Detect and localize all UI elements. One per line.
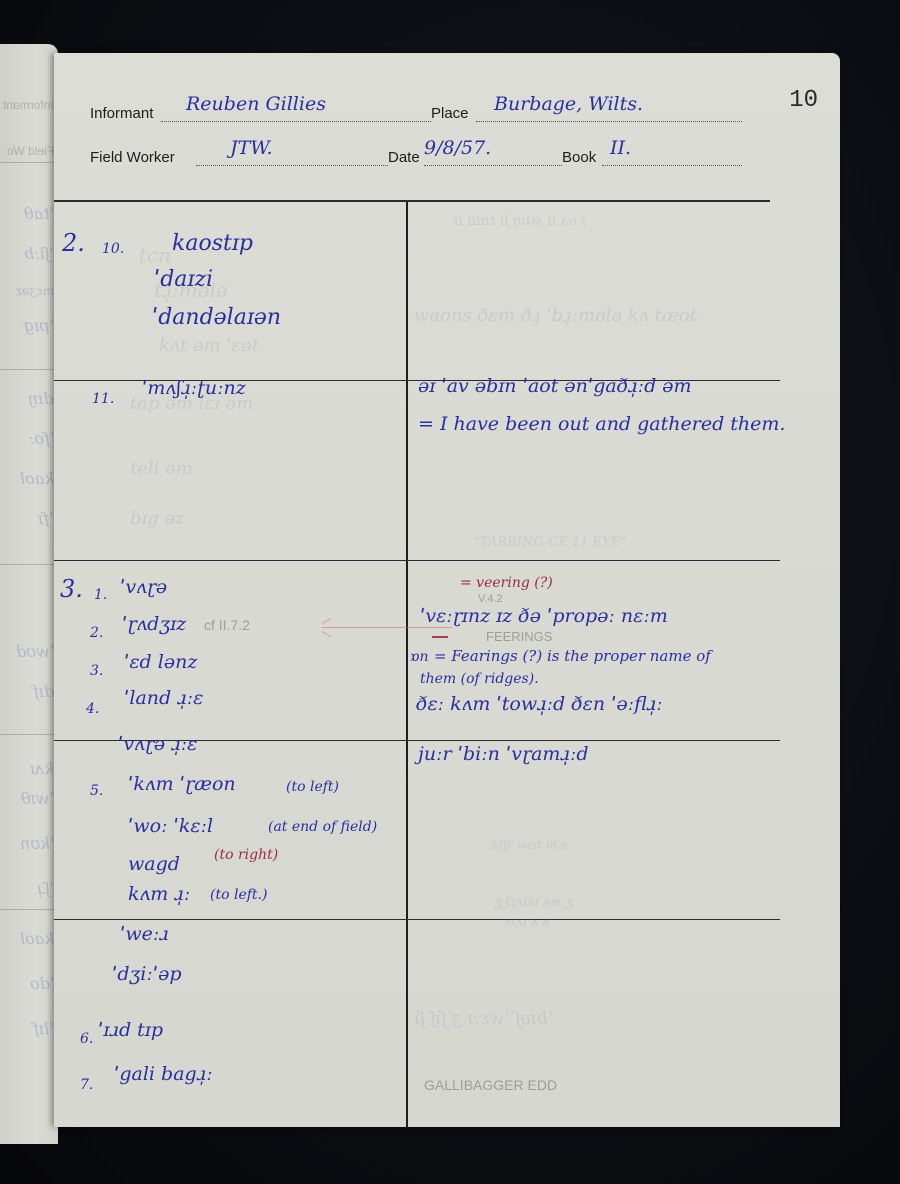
prev-page-ghost-text: ˈtaθ — [24, 204, 54, 223]
book-value: II. — [610, 137, 631, 159]
gloss-note: (at end of field) — [268, 819, 377, 835]
book-label: Book — [562, 149, 596, 166]
phonetic-prefix: ɒn — [410, 649, 428, 665]
phonetic-entry: ˈdʒiːˈəp — [112, 963, 182, 985]
phonetic-entry: ˈvʌɽə ɹ̩ːɛ — [118, 733, 197, 755]
phonetic-sentence: ˈvɛːɽɪnz ɪz ðə ˈpropəː nɛːm — [420, 605, 668, 627]
prev-page-informant-label: Informant — [3, 98, 54, 112]
field-worker-label: Field Worker — [90, 149, 175, 166]
prev-page-ghost-text: ˈʃɹ̩ — [37, 879, 54, 898]
informant-value: Reuben Gillies — [186, 93, 326, 115]
phonetic-entry: ˈɪɹd tɪp — [98, 1019, 163, 1041]
item-number: 10. — [102, 241, 124, 257]
phonetic-entry: ˈweːɹ — [120, 923, 169, 945]
phonetic-entry: ˈdaɪzi — [154, 267, 213, 292]
book-dotline — [602, 165, 742, 166]
phonetic-entry: ˈvʌɽə — [120, 576, 167, 598]
section-number: 3. — [60, 575, 83, 603]
phonetic-sentence: əɪ ˈav əbɪn ˈaot ənˈgaðɹ̩ːd əm — [418, 375, 692, 397]
prev-page-ghost-text: kaol — [20, 469, 54, 488]
prev-page-ghost-text: ˈdo — [30, 974, 54, 993]
red-annotation: = veering (?) — [460, 575, 553, 591]
prev-page-rule — [0, 909, 58, 910]
item-number: 11. — [92, 391, 114, 407]
phonetic-entry: ˈɛd lənz — [124, 651, 197, 673]
field-worker-dotline — [196, 165, 388, 166]
table-top-rule — [54, 200, 770, 202]
item-number: 7. — [80, 1077, 93, 1093]
phonetic-entry: kʌm ɹ̩ː — [128, 883, 190, 905]
date-dotline — [424, 165, 562, 166]
phonetic-entry: kaostɪp — [172, 231, 253, 256]
pencil-note: cf II.7.2 — [204, 617, 250, 633]
red-underline — [432, 636, 448, 638]
row-rule — [54, 560, 780, 561]
place-value: Burbage, Wilts. — [494, 93, 643, 115]
phonetic-entry: ˈɽʌdʒɪz — [122, 613, 186, 635]
prev-page-ghost-text: dɪf — [33, 682, 54, 701]
item-number: 4. — [86, 701, 99, 717]
prev-page-rule — [0, 369, 58, 370]
red-gloss-note: (to right) — [214, 847, 278, 863]
prev-page-rule — [0, 162, 58, 163]
page-number: 10 — [789, 87, 818, 114]
pencil-note: GALLIBAGGER EDD — [424, 1077, 557, 1093]
item-number: 3. — [90, 663, 103, 679]
phonetic-entry: ˈdandəlaɪən — [152, 305, 281, 330]
prev-page-ghost-text: ˈwʊd — [16, 642, 54, 661]
prev-page-ghost-text: kʌɪ — [30, 759, 54, 778]
gloss-sentence: = Fearings (?) is the proper name of — [434, 647, 711, 665]
prev-page-ghost-text: ˈlɪf — [33, 1019, 54, 1038]
item-number: 6. — [80, 1031, 93, 1047]
prev-page-rule — [0, 734, 58, 735]
prev-page-ghost-text: dɪŋ — [28, 389, 54, 408]
prev-page-ghost-text: ˈʃiːb — [24, 244, 54, 263]
place-dotline — [476, 121, 742, 122]
item-number: 5. — [90, 783, 103, 799]
bleed-through-text: ɪ ʋʌ ɪɪ ʍɒŋ ʃɪ tɪɪɪɪɪ ɪɪ — [454, 213, 586, 229]
prev-page-fieldworker-label: Field Wo — [7, 144, 54, 158]
gloss-note: (to left) — [286, 779, 339, 795]
bleed-through-text: ˈbɪəʃ ˈwɛːɪ ʒ ʃɪʃ ʃɪ — [414, 1008, 553, 1029]
informant-dotline — [161, 121, 431, 122]
bleed-through-text: waons ðɛm ðɹ̩ ˈbɹ̩ːmələ kʌ tæot — [414, 305, 697, 326]
item-number: 1. — [94, 587, 107, 603]
section-number: 2. — [62, 229, 85, 257]
phonetic-entry: ˈkʌm ˈɽæon — [128, 773, 236, 795]
prev-page-rule — [0, 564, 58, 565]
bleed-through-text: bɪg əz — [130, 508, 185, 529]
informant-label: Informant — [90, 105, 153, 122]
previous-page-edge: Informant Field Wo ˈtaθ ˈʃiːb mɛʒəz ˈpɪɡ… — [0, 44, 58, 1144]
prev-page-ghost-text: mɛʒəz — [16, 284, 54, 298]
prev-page-ghost-text: ˈfo: — [29, 429, 54, 448]
gloss-sentence: = I have been out and gathered them. — [418, 413, 785, 435]
pencil-note: FEERINGS — [486, 629, 552, 644]
prev-page-ghost-text: ˈfɪ — [38, 509, 54, 528]
gloss-note: (to left.) — [210, 887, 267, 903]
prev-page-ghost-text: ˈwɪθ — [21, 789, 54, 808]
phonetic-entry: ˈgali bagɹ̩ː — [114, 1063, 213, 1085]
date-label: Date — [388, 149, 420, 166]
bleed-through-text: teli əm — [130, 458, 193, 479]
bleed-through-text: "TARRING-CE 11 EYE" — [474, 535, 626, 550]
bleed-through-text: tcn — [139, 243, 171, 267]
phonetic-sentence: juːr ˈbiːn ˈvɽamɹ̩ːd — [418, 743, 589, 765]
date-value: 9/8/57. — [424, 137, 491, 159]
column-divider — [406, 202, 408, 1127]
field-worker-value: JTW. — [230, 137, 273, 159]
notebook-page: 10 Informant Reuben Gillies Place Burbag… — [54, 53, 840, 1127]
phonetic-sentence: ðɛː kʌm ˈtowɹ̩ːd ðɛn ˈəːflɹ̩ː — [416, 693, 663, 715]
phonetic-entry: wagd — [128, 853, 180, 875]
phonetic-entry: ˈland ɹ̩ːɛ — [124, 687, 203, 709]
bleed-through-text: ʒ ʃɹ̩ʌɪʌɪ ʌʍ ʒ — [494, 895, 573, 910]
row-rule — [54, 919, 780, 920]
prev-page-ghost-text: ˈpɪɡ — [24, 316, 54, 335]
bleed-through-text: kʌt əm ˈɛət — [159, 335, 259, 356]
item-number: 2. — [90, 625, 103, 641]
bleed-through-text: ʍʌɪ ʌ ʌ — [504, 915, 550, 930]
phonetic-entry: ˈwoː ˈkɛːl — [128, 815, 213, 837]
prev-page-ghost-text: kaol — [20, 929, 54, 948]
phonetic-entry: ˈmʌʃɹ̩ːʈuːnz — [142, 377, 246, 399]
prev-page-ghost-text: ˈkʊn — [20, 834, 54, 853]
pencil-reference: V.4.2 — [478, 593, 503, 605]
gloss-sentence: them (of ridges). — [420, 671, 539, 687]
red-arrow-annotation — [322, 627, 452, 628]
place-label: Place — [431, 105, 469, 122]
bleed-through-text: ʁtʃr wɛɪt m.s. — [492, 838, 571, 852]
